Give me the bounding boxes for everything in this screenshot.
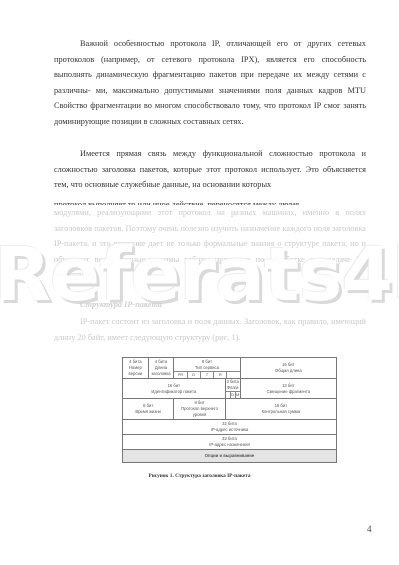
field-header-length: 4 битаДлина заголовка <box>148 358 174 379</box>
subfield: M <box>235 392 240 398</box>
faded-paragraph-text: модулями, реализующими этот протокол на … <box>54 208 366 279</box>
field-destination-address: 32 битаIP-адрес назначения <box>123 435 337 450</box>
field-label: Контрольная сумма <box>227 409 335 415</box>
faded-paragraph-2-text: IP-пакет состоит из заголовка и поля дан… <box>54 317 366 342</box>
field-label: Номер версии <box>124 365 147 377</box>
field-ttl: 8 битВремя жизни <box>123 399 174 420</box>
subfield <box>226 372 239 378</box>
field-source-address: 32 битаIP-адрес источника <box>123 420 337 435</box>
subfield: R <box>213 372 226 378</box>
diagram-row: Опции и выравнивание <box>123 450 337 463</box>
field-label: Смещение фрагмента <box>242 389 335 395</box>
paragraph-2-text: Имеется прямая связь между функционально… <box>54 149 366 189</box>
field-label: Длина заголовка <box>150 365 173 377</box>
field-label: Флаги <box>226 385 240 391</box>
diagram-row: 8 битВремя жизни 8 битПротокол верхнего … <box>123 399 337 420</box>
field-label: Идентификатор пакета <box>124 389 224 395</box>
field-label: Протокол верхнего уровня <box>175 406 223 418</box>
subfield: PR <box>174 372 186 378</box>
clipped-line: протокол выполняет то или иное действие,… <box>54 197 366 205</box>
field-protocol: 8 битПротокол верхнего уровня <box>174 399 225 420</box>
diagram-row: 16 битИдентификатор пакета 3 бита Флаги … <box>123 379 337 399</box>
paragraph-1: Важной особенностью протокола IP, отлича… <box>54 36 366 130</box>
section-heading: Структура IP-пакета <box>80 300 162 309</box>
field-options: Опции и выравнивание <box>123 450 337 463</box>
field-version: 4 битаНомер версии <box>123 358 149 379</box>
field-checksum: 16 битКонтрольная сумма <box>225 399 336 420</box>
faded-paragraph-2: IP-пакет состоит из заголовка и поля дан… <box>54 314 366 345</box>
faded-paragraph: модулями, реализующими этот протокол на … <box>54 205 366 283</box>
diagram-row: 4 битаНомер версии 4 битаДлина заголовка… <box>123 358 337 379</box>
field-fragment-offset: 13 битСмещение фрагмента <box>240 379 336 399</box>
ip-header-diagram: 4 битаНомер версии 4 битаДлина заголовка… <box>122 357 337 463</box>
flag-subfields: D M <box>226 391 240 398</box>
field-label: IP-адрес назначения <box>124 442 335 448</box>
page-number: 4 <box>367 524 372 534</box>
field-label: Время жизни <box>124 409 172 415</box>
field-label: IP-адрес источника <box>124 427 335 433</box>
field-total-length: 16 битОбщая длина <box>240 358 336 379</box>
subfield: D <box>187 372 200 378</box>
subfield: T <box>200 372 213 378</box>
paragraph-2: Имеется прямая связь между функционально… <box>54 146 366 193</box>
field-service-type: 8 бит Тип сервиса PR D T R <box>174 358 240 379</box>
service-subfields: PR D T R <box>174 371 239 378</box>
field-identification: 16 битИдентификатор пакета <box>123 379 226 399</box>
field-label: Общая длина <box>242 368 335 374</box>
diagram-row: 32 битаIP-адрес назначения <box>123 435 337 450</box>
diagram-row: 32 битаIP-адрес источника <box>123 420 337 435</box>
field-label: Опции и выравнивание <box>124 453 335 459</box>
document-page: Важной особенностью протокола IP, отлича… <box>0 0 399 565</box>
paragraph-1-text: Важной особенностью протокола IP, отлича… <box>54 39 366 126</box>
figure-caption: Рисунок 1. Структура заголовка IP-пакета <box>0 473 399 479</box>
field-flags: 3 бита Флаги D M <box>225 379 240 399</box>
